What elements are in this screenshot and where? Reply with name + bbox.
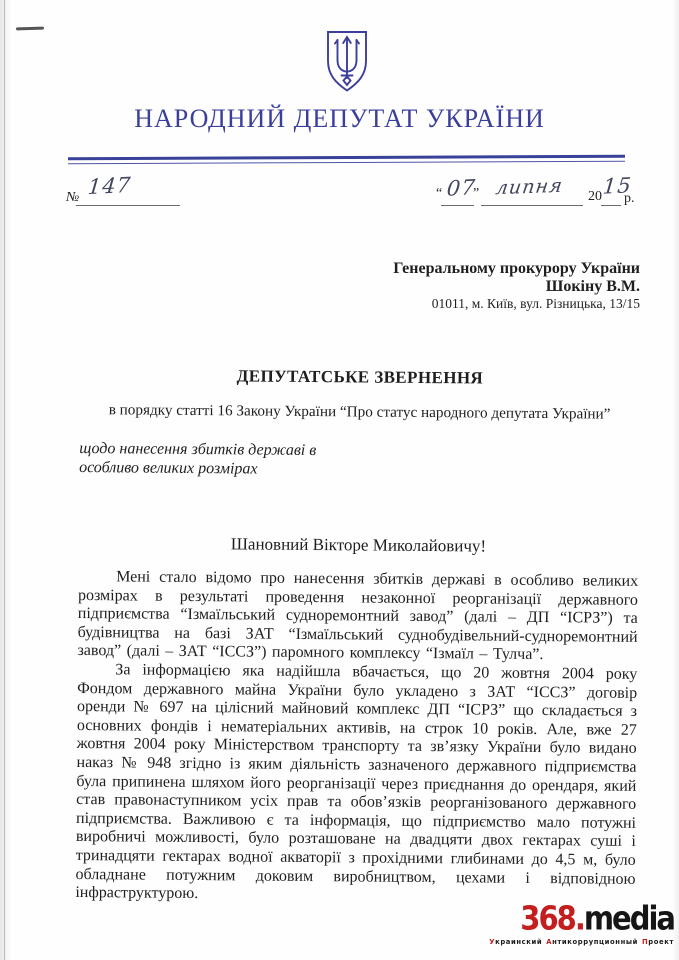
doc-date-day-blank-line — [441, 204, 474, 206]
doc-title: ДЕПУТАТСЬКЕ ЗВЕРНЕННЯ — [80, 366, 640, 389]
date-close-quote: ” — [473, 186, 479, 202]
doc-date-year-printed: 20 — [588, 189, 602, 205]
watermark-logo-number: 368. — [520, 898, 584, 937]
scan-mark-dash — [16, 27, 44, 31]
letterhead-rule — [68, 155, 625, 165]
doc-date-month-blank-line — [481, 204, 583, 206]
addressee-position: Генеральному прокурору України — [393, 260, 640, 278]
letterhead-title: НАРОДНИЙ ДЕПУТАТ УКРАЇНИ — [0, 104, 679, 134]
doc-date-month-handwritten: липня — [494, 175, 564, 199]
watermark-logo-media: media — [584, 898, 674, 937]
scan-edge-right — [672, 0, 679, 960]
reference-row: № 147 “ 07 ” липня 20 15 р. — [0, 172, 679, 216]
doc-subtitle: в порядку статті 16 Закону України “Про … — [80, 401, 640, 423]
date-open-quote: “ — [436, 186, 442, 202]
scan-edge-line — [4, 0, 5, 960]
letterhead-rule-thick — [68, 155, 625, 160]
addressee-address: 01011, м. Київ, вул. Різницька, 13/15 — [393, 295, 640, 313]
watermark-tagline: УкраинскийАнтикоррупционныйПроект — [485, 938, 674, 946]
addressee-block: Генеральному прокурору України Шокіну В.… — [393, 260, 640, 313]
salutation: Шановний Вікторе Миколайовичу! — [78, 534, 638, 557]
ukraine-trident-emblem-icon — [325, 30, 369, 94]
body-paragraph-2: За інформацією яка надійшла вбачається, … — [75, 661, 637, 908]
addressee-name: Шокіну В.М. — [393, 278, 640, 296]
body-paragraph-1: Мені стало відомо про нанесення збитків … — [77, 568, 638, 666]
watermark-368media: 368.media УкраинскийАнтикоррупционныйПро… — [485, 905, 674, 946]
doc-number-value-handwritten: 147 — [87, 173, 132, 199]
doc-subject: щодо нанесення збитків державі в особлив… — [79, 439, 639, 482]
doc-subject-line2: особливо великих розмірах — [79, 458, 639, 482]
scanned-letter-page: НАРОДНИЙ ДЕПУТАТ УКРАЇНИ № 147 “ 07 ” ли… — [0, 0, 679, 960]
letterhead-rule-thin — [68, 161, 625, 165]
letter-body: ДЕПУТАТСЬКЕ ЗВЕРНЕННЯ в порядку статті 1… — [75, 366, 640, 908]
doc-date-year-label: р. — [624, 191, 635, 207]
watermark-logo: 368.media — [485, 901, 674, 936]
scan-edge-left — [0, 0, 11, 960]
doc-date-year-blank-line — [601, 204, 621, 206]
doc-number-blank-line — [76, 204, 180, 206]
